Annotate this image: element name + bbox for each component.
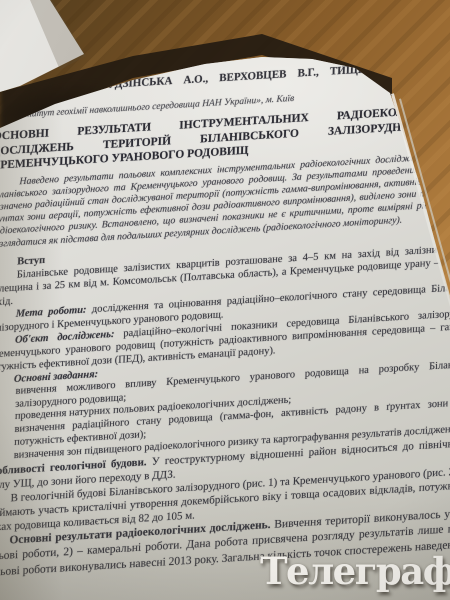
telegraf-watermark: ТелеграфЪ <box>260 541 450 595</box>
object-label: Об'єкт досліджень: <box>15 329 115 346</box>
list-item: - проведення натурних польових радіоекол… <box>0 383 450 426</box>
article-title: ОСНОВНІ РЕЗУЛЬТАТИ ІНСТРУМЕНТАЛЬНИХ РАДІ… <box>0 102 450 173</box>
purpose-text: дослідження та оцінювання радіаційно–еко… <box>0 280 450 334</box>
list-item: - визначення радіаційного стану родовища… <box>0 396 450 452</box>
geology-heading: Особливості геологічної будови. <box>0 456 147 478</box>
geology-paragraph-2: В геологічній будові Біланівського заліз… <box>0 462 450 535</box>
dash-marker: - <box>0 424 15 451</box>
task-text: проведення натурних польових радіоеколог… <box>15 383 450 424</box>
purpose-label: Мета роботи: <box>16 304 87 319</box>
purpose-paragraph: Мета роботи: дослідження та оцінювання р… <box>0 279 450 335</box>
abstract-paragraph: Наведено результати польових комплексних… <box>0 149 450 251</box>
photo-of-journal-page: НАУКОВИХ ПРАЦЬ «ТЕХНОГЕННО-ЕКОЛОГІЧНА БЕ… <box>0 0 450 600</box>
task-text: визначення зон підвищеного радіоекологіч… <box>14 422 450 463</box>
geology-text-1: У геоструктурному відношенні район відно… <box>0 435 450 492</box>
intro-heading: Вступ <box>0 227 450 270</box>
list-item: - визначення зон підвищеного радіоеколог… <box>0 422 450 465</box>
dash-marker: - <box>0 386 16 413</box>
object-paragraph: Об'єкт досліджень: радіаційно–екологічні… <box>0 305 450 374</box>
geology-section: Особливості геологічної будови. У геостр… <box>0 434 450 493</box>
task-text: вивчення можливого впливу Кременчуцького… <box>15 357 450 411</box>
list-item: - вивчення можливого впливу Кременчуцько… <box>0 357 450 413</box>
task-text: визначення радіаційного стану родовища (… <box>14 396 450 450</box>
results-heading: Основні результати радіоекологічних досл… <box>9 518 270 546</box>
dash-marker: - <box>0 450 14 465</box>
intro-paragraph: Біланівське родовище залізистих кварциті… <box>0 240 450 309</box>
dash-marker: - <box>0 411 15 426</box>
tasks-list: - вивчення можливого впливу Кременчуцько… <box>0 357 450 464</box>
tasks-heading: Основні завдання: <box>0 344 450 387</box>
object-text: радіаційно–екологічні показники середови… <box>0 306 450 373</box>
watermark-text: Телеграф <box>260 549 450 593</box>
